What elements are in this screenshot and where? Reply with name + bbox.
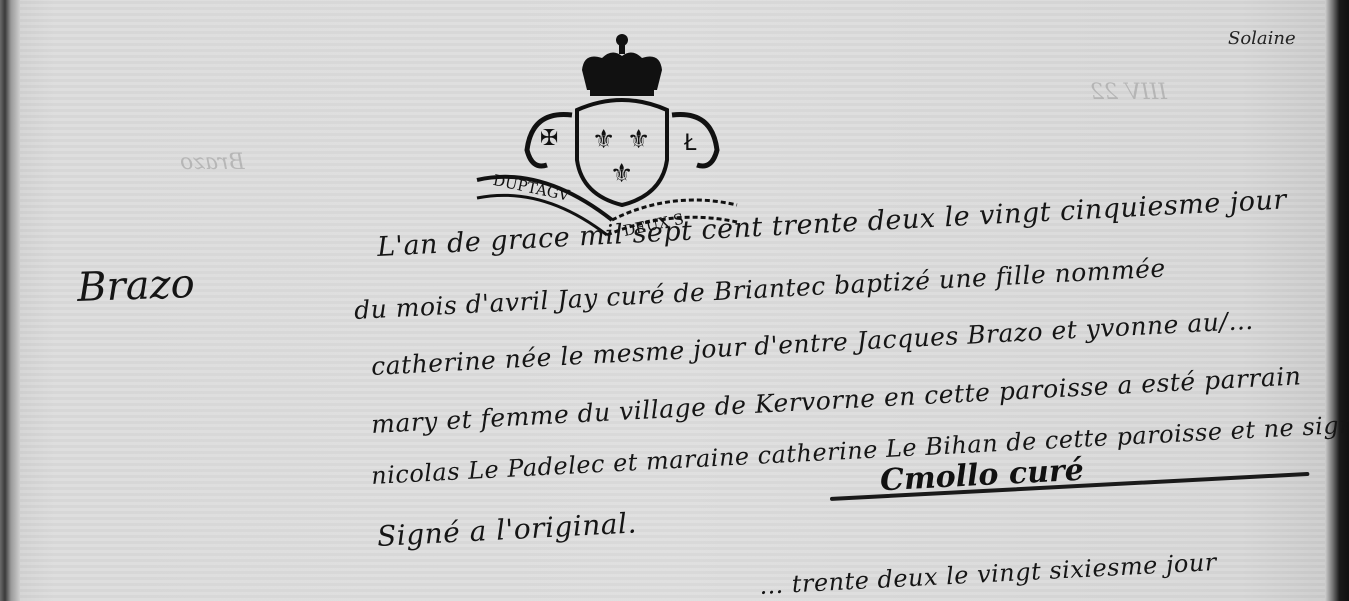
svg-text:✠: ✠ [540,126,558,151]
manuscript-page: Brazo IIIV 22 Solaine ⚜ ⚜ ⚜ [0,0,1349,601]
record-line-6: Signé a l'original. [376,506,637,553]
next-entry-partial: … trente deux le vingt sixiesme jour [759,548,1218,600]
bleed-through-text: IIIV 22 [1090,80,1167,105]
page-binding-edge-left [0,0,20,601]
svg-text:⚜: ⚜ [627,125,650,155]
page-edge-right [1325,0,1349,601]
svg-text:Ł: Ł [683,131,697,156]
corner-annotation: Solaine [1228,28,1296,49]
margin-surname: Brazo [76,261,195,311]
royal-stamp-icon: ⚜ ⚜ ⚜ ✠ Ł DUPTAGV DEUX S [472,30,747,245]
stamp-motto-left: DUPTAGV [491,171,572,205]
svg-text:⚜: ⚜ [610,159,633,189]
bleed-through-text: Brazo [180,150,245,175]
record-line-2: du mois d'avril Jay curé de Briantec bap… [353,254,1166,325]
svg-text:⚜: ⚜ [592,125,615,155]
